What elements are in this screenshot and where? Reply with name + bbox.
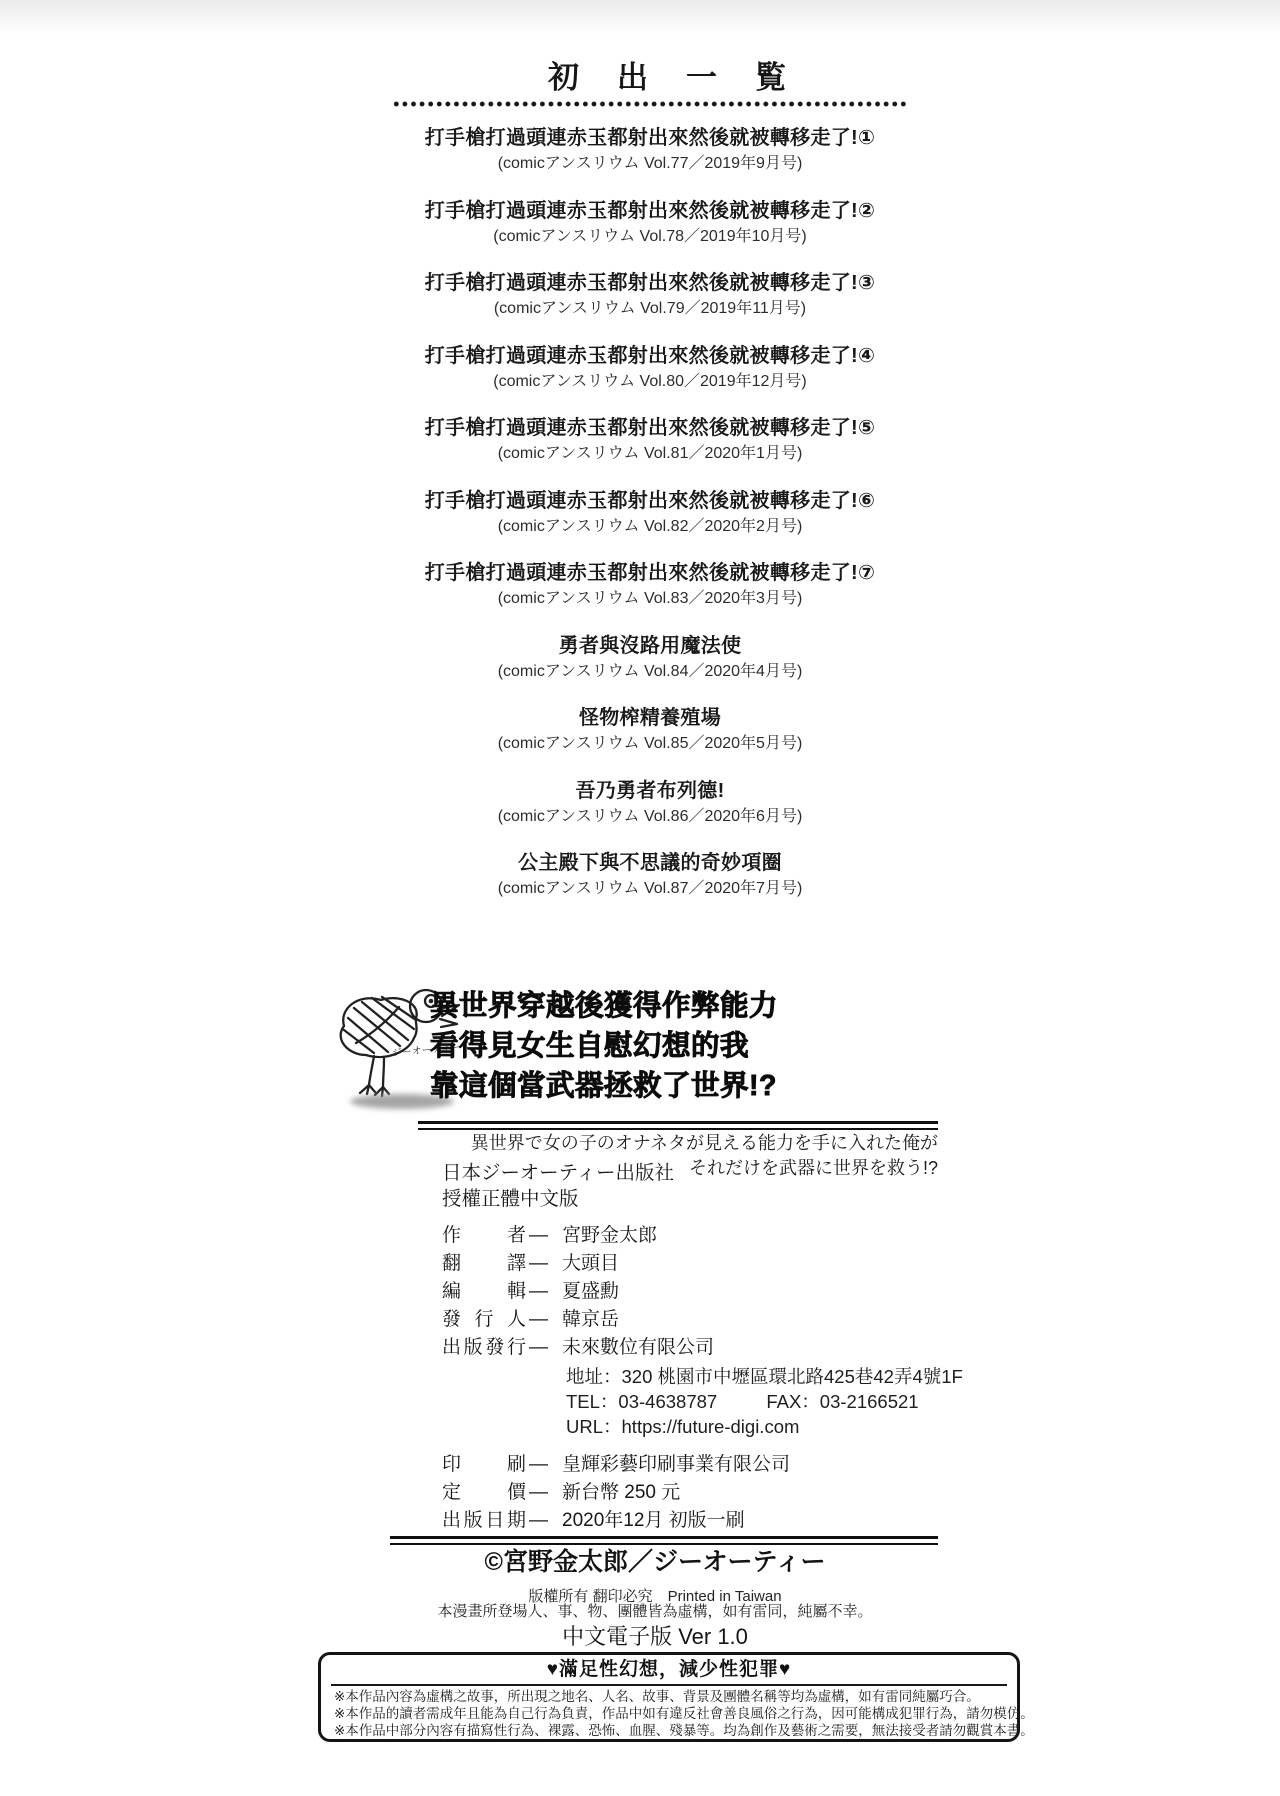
credit-label: 出版日期	[442, 1507, 526, 1535]
credit-row: 發行人 — 韓京岳	[442, 1306, 963, 1334]
credit-label: 作者	[442, 1222, 526, 1250]
credit-separator: —	[529, 1507, 548, 1535]
colophon-page: 初出一覧 打手槍打過頭連赤玉都射出來然後就被轉移走了!① (comicアンスリウ…	[0, 0, 1280, 1796]
work-source: (comicアンスリウム Vol.82／2020年2月号)	[20, 515, 1280, 538]
publication-list: 打手槍打過頭連赤玉都射出來然後就被轉移走了!① (comicアンスリウム Vol…	[20, 124, 1280, 922]
dotted-divider	[392, 101, 908, 107]
credit-value: 大頭目	[562, 1250, 619, 1278]
work-title: 怪物榨精養殖場	[20, 704, 1280, 732]
credit-separator: —	[529, 1451, 548, 1479]
fax-value: FAX：03-2166521	[766, 1391, 918, 1412]
credits-list: 作者 — 宮野金太郎 翻譯 — 大頭目 編輯 — 夏盛勳 發行人 — 韓京岳 出…	[442, 1222, 963, 1362]
notice-line: ※本作品的讀者需成年且能為自己行為負責，作品中如有違反社會善良風俗之行為，因可能…	[334, 1705, 1004, 1722]
work-source: (comicアンスリウム Vol.85／2020年5月号)	[20, 732, 1280, 755]
credit-value: 皇輝彩藝印刷事業有限公司	[562, 1451, 790, 1479]
work-source: (comicアンスリウム Vol.78／2019年10月号)	[20, 225, 1280, 248]
book-title: 異世界穿越後獲得作弊能力 看得見女生自慰幻想的我 靠這個當武器拯救了世界!?	[430, 986, 778, 1106]
credit-separator: —	[529, 1278, 548, 1306]
credit-value: 宮野金太郎	[562, 1222, 657, 1250]
credit-value: 韓京岳	[562, 1306, 619, 1334]
work-source: (comicアンスリウム Vol.79／2019年11月号)	[20, 297, 1280, 320]
work-title: 打手槍打過頭連赤玉都射出來然後就被轉移走了!①	[20, 124, 1280, 152]
list-item: 打手槍打過頭連赤玉都射出來然後就被轉移走了!⑦ (comicアンスリウム Vol…	[20, 559, 1280, 632]
work-title: 打手槍打過頭連赤玉都射出來然後就被轉移走了!③	[20, 269, 1280, 297]
phone-line: TEL：03-4638787 FAX：03-2166521	[566, 1389, 963, 1414]
credit-value: 2020年12月 初版一刷	[562, 1507, 745, 1535]
list-item: 打手槍打過頭連赤玉都射出來然後就被轉移走了!① (comicアンスリウム Vol…	[20, 124, 1280, 197]
work-source: (comicアンスリウム Vol.77／2019年9月号)	[20, 152, 1280, 175]
credit-separator: —	[529, 1479, 548, 1507]
credit-separator: —	[529, 1222, 548, 1250]
fiction-disclaimer-line: 本漫畫所登場人、事、物、團體皆為虛構，如有雷同，純屬不幸。	[30, 1604, 1280, 1620]
notice-line: ※本作品內容為虛構之故事，所出現之地名、人名、故事、背景及團體名稱等均為虛構，如…	[334, 1688, 1004, 1705]
list-item: 打手槍打過頭連赤玉都射出來然後就被轉移走了!② (comicアンスリウム Vol…	[20, 197, 1280, 270]
notice-box: ♥滿足性幻想，減少性犯罪♥ ※本作品內容為虛構之故事，所出現之地名、人名、故事、…	[318, 1652, 1020, 1742]
credit-separator: —	[529, 1306, 548, 1334]
work-title: 打手槍打過頭連赤玉都射出來然後就被轉移走了!⑥	[20, 487, 1280, 515]
list-item: 吾乃勇者布列德! (comicアンスリウム Vol.86／2020年6月号)	[20, 777, 1280, 850]
print-credits-list: 印刷 — 皇輝彩藝印刷事業有限公司 定價 — 新台幣 250 元 出版日期 — …	[442, 1451, 963, 1535]
work-title: 打手槍打過頭連赤玉都射出來然後就被轉移走了!⑤	[20, 414, 1280, 442]
book-title-line-3: 靠這個當武器拯救了世界!?	[430, 1066, 778, 1106]
list-item: 怪物榨精養殖場 (comicアンスリウム Vol.85／2020年5月号)	[20, 704, 1280, 777]
work-source: (comicアンスリウム Vol.83／2020年3月号)	[20, 587, 1280, 610]
credit-row: 出版日期 — 2020年12月 初版一刷	[442, 1507, 963, 1535]
work-source: (comicアンスリウム Vol.86／2020年6月号)	[20, 805, 1280, 828]
credit-row: 印刷 — 皇輝彩藝印刷事業有限公司	[442, 1451, 963, 1479]
publisher-details: 地址：320 桃園市中壢區環北路425巷42弄4號1F TEL：03-46387…	[566, 1364, 963, 1439]
list-item: 打手槍打過頭連赤玉都射出來然後就被轉移走了!④ (comicアンスリウム Vol…	[20, 342, 1280, 415]
notice-lines: ※本作品內容為虛構之故事，所出現之地名、人名、故事、背景及團體名稱等均為虛構，如…	[321, 1686, 1017, 1739]
book-title-line-2: 看得見女生自慰幻想的我	[430, 1026, 778, 1066]
credit-label: 出版發行	[442, 1334, 526, 1362]
book-title-line-1: 異世界穿越後獲得作弊能力	[430, 986, 778, 1026]
work-source: (comicアンスリウム Vol.84／2020年4月号)	[20, 660, 1280, 683]
work-title: 打手槍打過頭連赤玉都射出來然後就被轉移走了!④	[20, 342, 1280, 370]
copyright-line: ©宮野金太郎／ジーオーティー	[30, 1547, 1280, 1577]
credit-row: 作者 — 宮野金太郎	[442, 1222, 963, 1250]
credit-label: 編輯	[442, 1278, 526, 1306]
work-source: (comicアンスリウム Vol.81／2020年1月号)	[20, 442, 1280, 465]
credit-separator: —	[529, 1334, 548, 1362]
credit-row: 編輯 — 夏盛勳	[442, 1278, 963, 1306]
work-title: 勇者與沒路用魔法使	[20, 632, 1280, 660]
japanese-subtitle-line-1: 異世界で女の子のオナネタが見える能力を手に入れた俺が	[418, 1131, 938, 1156]
tel-value: TEL：03-4638787	[566, 1391, 717, 1412]
work-title: 吾乃勇者布列德!	[20, 777, 1280, 805]
credit-row: 出版發行 — 未來數位有限公司	[442, 1334, 963, 1362]
list-item: 打手槍打過頭連赤玉都射出來然後就被轉移走了!③ (comicアンスリウム Vol…	[20, 269, 1280, 342]
work-title: 打手槍打過頭連赤玉都射出來然後就被轉移走了!⑦	[20, 559, 1280, 587]
list-item: 公主殿下與不思議的奇妙項圈 (comicアンスリウム Vol.87／2020年7…	[20, 849, 1280, 922]
work-title: 公主殿下與不思議的奇妙項圈	[20, 849, 1280, 877]
credit-label: 印刷	[442, 1451, 526, 1479]
address-line: 地址：320 桃園市中壢區環北路425巷42弄4號1F	[566, 1364, 963, 1389]
credit-value: 新台幣 250 元	[562, 1479, 680, 1507]
title-divider-rule	[418, 1121, 938, 1130]
publisher-name: 日本ジーオーティー出版社	[442, 1160, 963, 1186]
list-item: 勇者與沒路用魔法使 (comicアンスリウム Vol.84／2020年4月号)	[20, 632, 1280, 705]
credit-value: 夏盛勳	[562, 1278, 619, 1306]
digital-version-line: 中文電子版 Ver 1.0	[30, 1625, 1280, 1649]
work-source: (comicアンスリウム Vol.80／2019年12月号)	[20, 370, 1280, 393]
footer-divider-rule	[390, 1536, 938, 1545]
credit-label: 定價	[442, 1479, 526, 1507]
credit-row: 定價 — 新台幣 250 元	[442, 1479, 963, 1507]
url-line: URL：https://future-digi.com	[566, 1414, 963, 1439]
notice-heading: ♥滿足性幻想，減少性犯罪♥	[321, 1658, 1017, 1682]
publisher-block: 日本ジーオーティー出版社 授權正體中文版 作者 — 宮野金太郎 翻譯 — 大頭目…	[442, 1160, 963, 1535]
list-item: 打手槍打過頭連赤玉都射出來然後就被轉移走了!⑤ (comicアンスリウム Vol…	[20, 414, 1280, 487]
work-source: (comicアンスリウム Vol.87／2020年7月号)	[20, 877, 1280, 900]
license-line: 授權正體中文版	[442, 1186, 963, 1212]
credit-label: 翻譯	[442, 1250, 526, 1278]
credit-separator: —	[529, 1250, 548, 1278]
credit-label: 發行人	[442, 1306, 526, 1334]
work-title: 打手槍打過頭連赤玉都射出來然後就被轉移走了!②	[20, 197, 1280, 225]
list-item: 打手槍打過頭連赤玉都射出來然後就被轉移走了!⑥ (comicアンスリウム Vol…	[20, 487, 1280, 560]
first-publication-title: 初出一覧	[18, 52, 1280, 97]
credit-value: 未來數位有限公司	[562, 1334, 714, 1362]
scan-edge-shading	[0, 0, 1280, 36]
notice-line: ※本作品中部分內容有描寫性行為、裸露、恐怖、血腥、殘暴等。均為創作及藝術之需要，…	[334, 1722, 1004, 1739]
credit-row: 翻譯 — 大頭目	[442, 1250, 963, 1278]
